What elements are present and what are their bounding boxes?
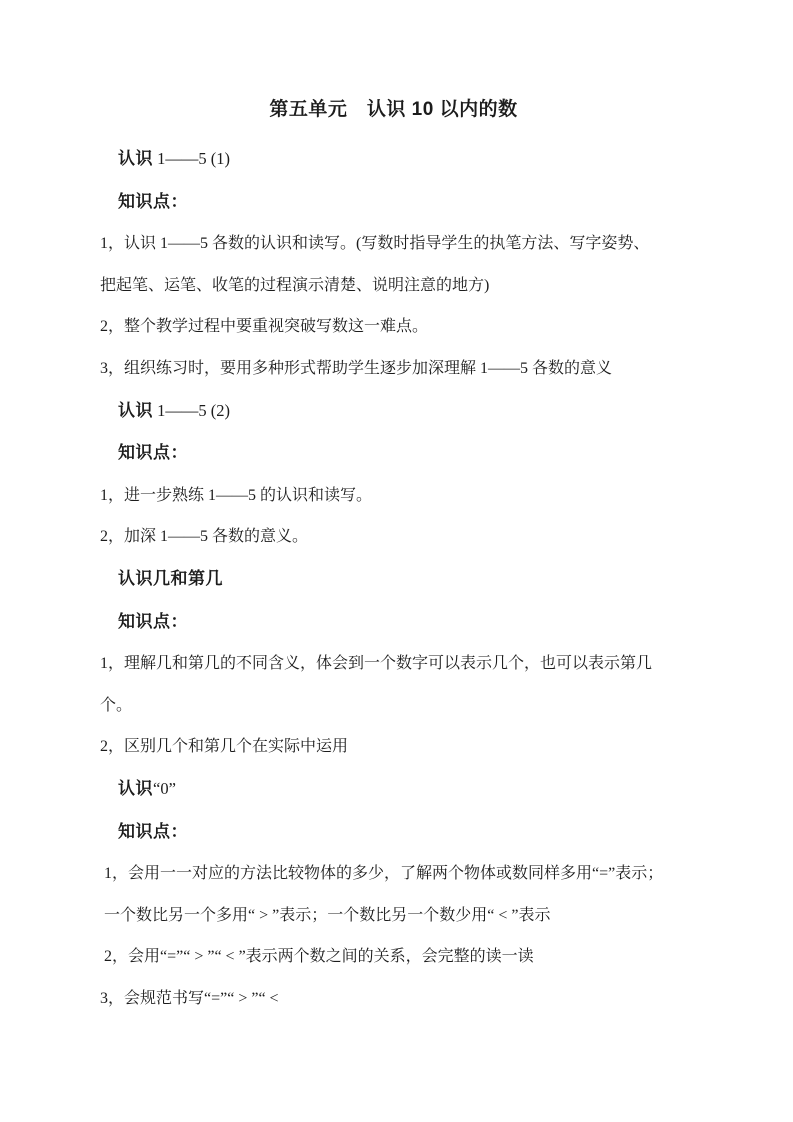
section-heading: 认识几和第几 [100, 558, 687, 601]
paragraph-line: 2，整个教学过程中要重视突破写数这一难点。 [100, 306, 687, 348]
section-heading: 知识点： [100, 432, 687, 475]
paragraph-line: 一个数比另一个多用“ > ”表示；一个数比另一个数少用“ < ”表示 [100, 895, 687, 937]
paragraph-line: 1，认识 1——5 各数的认识和读写。(写数时指导学生的执笔方法、写字姿势、 [100, 223, 687, 265]
heading-regular-text: 1——5 (1) [153, 149, 230, 168]
paragraph-line: 3，会规范书写“=”“ > ”“ < [100, 978, 687, 1020]
paragraph-line: 个。 [100, 685, 687, 727]
section-heading: 认识 1——5 (1) [100, 138, 687, 181]
section-heading: 知识点： [100, 181, 687, 224]
heading-text: 知识点： [118, 443, 188, 462]
heading-bold-text: 认识 [118, 401, 153, 420]
heading-regular-text: “0” [153, 779, 176, 798]
document-page: 第五单元 认识 10 以内的数 认识 1——5 (1)知识点：1，认识 1——5… [0, 0, 793, 1122]
paragraph-line: 1，进一步熟练 1——5 的认识和读写。 [100, 475, 687, 517]
heading-text: 认识几和第几 [118, 569, 223, 588]
heading-bold-text: 认识 [118, 779, 153, 798]
document-title: 第五单元 认识 10 以内的数 [100, 97, 687, 123]
section-heading: 认识 1——5 (2) [100, 390, 687, 433]
section-heading: 知识点： [100, 811, 687, 854]
document-body: 认识 1——5 (1)知识点：1，认识 1——5 各数的认识和读写。(写数时指导… [100, 138, 687, 1019]
paragraph-line: 2，加深 1——5 各数的意义。 [100, 516, 687, 558]
heading-bold-text: 认识 [118, 149, 153, 168]
paragraph-line: 1，会用一一对应的方法比较物体的多少，了解两个物体或数同样多用“=”表示； [100, 853, 687, 895]
paragraph-line: 把起笔、运笔、收笔的过程演示清楚、说明注意的地方) [100, 265, 687, 307]
paragraph-line: 3，组织练习时，要用多种形式帮助学生逐步加深理解 1——5 各数的意义 [100, 348, 687, 390]
section-heading: 认识“0” [100, 768, 687, 811]
heading-text: 知识点： [118, 822, 188, 841]
section-heading: 知识点： [100, 601, 687, 644]
heading-regular-text: 1——5 (2) [153, 401, 230, 420]
paragraph-line: 2，区别几个和第几个在实际中运用 [100, 726, 687, 768]
heading-text: 知识点： [118, 192, 188, 211]
heading-text: 知识点： [118, 612, 188, 631]
paragraph-line: 2，会用“=”“ > ”“ < ”表示两个数之间的关系，会完整的读一读 [100, 936, 687, 978]
paragraph-line: 1，理解几和第几的不同含义，体会到一个数字可以表示几个，也可以表示第几 [100, 643, 687, 685]
